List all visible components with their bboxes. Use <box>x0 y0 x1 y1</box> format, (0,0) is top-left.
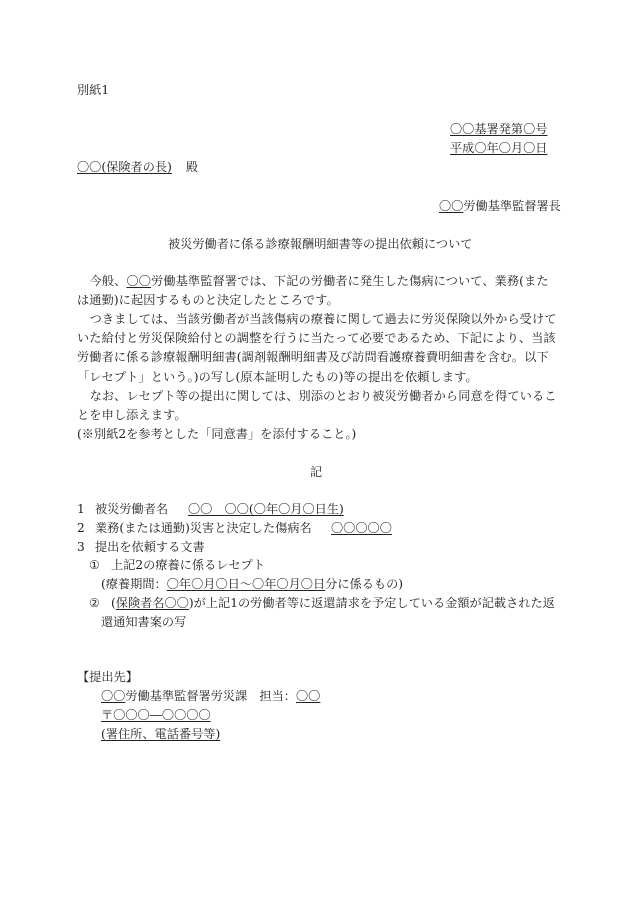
sender: 〇〇労働基準監督署長 <box>439 197 561 216</box>
submission-heading: 【提出先】 <box>77 668 138 687</box>
period-value: 〇年〇月〇日～〇年〇月〇日 <box>167 577 325 591</box>
addressee: 〇〇(保険者の長)殿 <box>77 158 198 177</box>
address-note: (署住所、電話番号等) <box>101 725 220 744</box>
document-number: 〇〇基署発第〇号 <box>450 120 548 139</box>
ki-heading: 記 <box>310 463 322 482</box>
document-date: 平成〇年〇月〇日 <box>450 139 548 158</box>
postal-code: 〒〇〇〇―〇〇〇〇 <box>101 706 211 725</box>
item-2: 2業務(または通勤)災害と決定した傷病名〇〇〇〇〇 <box>77 519 392 538</box>
paragraph-1: 今般、〇〇労働基準監督署では、下記の労働者に発生した傷病について、業務(または通… <box>77 272 559 310</box>
addressee-name: 〇〇(保険者の長) <box>77 160 172 174</box>
treatment-period: (療養期間：〇年〇月〇日～〇年〇月〇日分に係るもの) <box>101 575 403 594</box>
sub-item-2: ②(保険者名〇〇)が上記1の労働者等に返還請求を予定している金額が記載された返 <box>89 594 555 613</box>
attachment-note: (※別紙2を参考とした「同意書」を添付すること。) <box>77 425 356 444</box>
insurer-name: 保険者名〇〇 <box>116 596 189 610</box>
paragraph-3: なお、レセプト等の提出に関しては、別添のとおり被災労働者から同意を得ていることを… <box>77 387 559 425</box>
office-name: 〇〇 <box>126 274 151 288</box>
worker-name: 〇〇 〇〇(〇年〇月〇日生) <box>188 502 344 516</box>
document-title: 被災労働者に係る診療報酬明細書等の提出依頼について <box>168 235 472 254</box>
sub-item-2-line2: 還通知書案の写 <box>101 613 186 632</box>
item-1: 1被災労働者名〇〇 〇〇(〇年〇月〇日生) <box>77 500 344 519</box>
contact-person: 〇〇 <box>296 689 320 703</box>
submission-office: 〇〇労働基準監督署労災課 担当：〇〇 <box>101 687 320 706</box>
injury-name: 〇〇〇〇〇 <box>331 521 392 535</box>
sender-suffix: 労働基準監督署長 <box>463 199 561 213</box>
sub-item-1: ①上記2の療養に係るレセプト <box>89 556 265 575</box>
paragraph-2: つきましては、当該労働者が当該傷病の療養に関して過去に労災保険以外から受けていた… <box>77 310 559 387</box>
sender-prefix: 〇〇 <box>439 199 463 213</box>
item-3: 3提出を依頼する文書 <box>77 538 205 557</box>
document-page: 別紙1 〇〇基署発第〇号 平成〇年〇月〇日 〇〇(保険者の長)殿 〇〇労働基準監… <box>0 0 630 916</box>
attachment-label: 別紙1 <box>77 81 109 100</box>
addressee-suffix: 殿 <box>186 160 198 174</box>
